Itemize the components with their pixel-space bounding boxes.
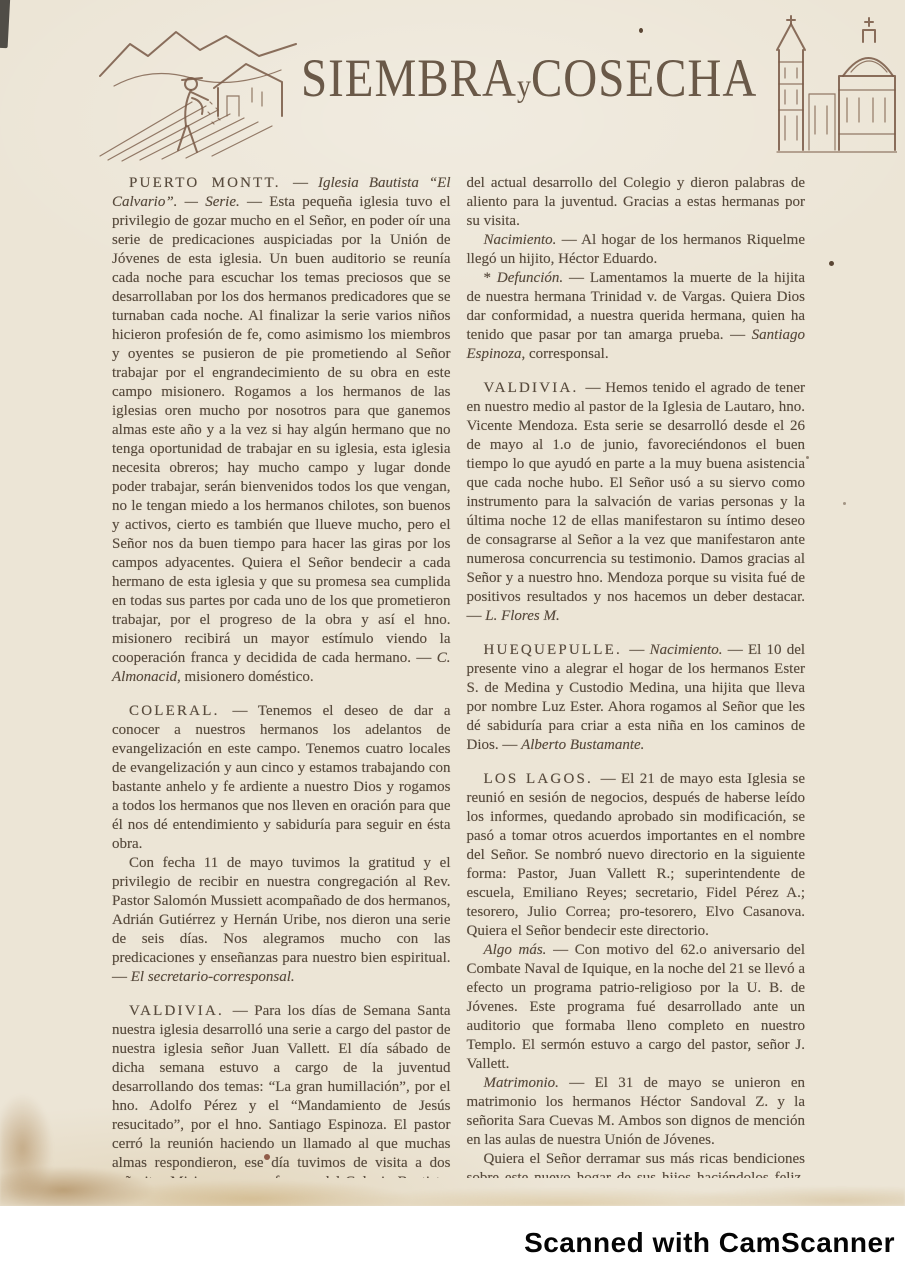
text-run: Con fecha 11 de mayo tuvimos la gratitud… [112, 855, 451, 985]
camscanner-credit: Scanned with CamScanner [524, 1227, 895, 1259]
text-run: , corresponsal. [522, 346, 609, 362]
paragraph: VALDIVIA. — Hemos tenido el agrado de te… [467, 379, 806, 626]
title-connector: y [517, 69, 531, 104]
text-run: — [293, 175, 318, 191]
text-run: Defunción. [497, 270, 569, 286]
text-run: Algo más. [484, 942, 554, 958]
paragraph: PUERTO MONTT. — Iglesia Bautista “El Cal… [112, 174, 451, 687]
text-run: LOS LAGOS. [484, 771, 601, 787]
paragraph: Con fecha 11 de mayo tuvimos la gratitud… [112, 854, 451, 987]
paragraph: COLERAL. — Tenemos el deseo de dar a con… [112, 702, 451, 854]
text-run: Alberto Bustamante. [521, 737, 644, 753]
church-illustration [757, 14, 897, 156]
right-column: del actual desarrollo del Colegio y dier… [467, 174, 806, 1178]
text-run: Matrimonio. [484, 1075, 570, 1091]
text-run: HUEQUEPULLE. [484, 642, 630, 658]
text-run: * [484, 270, 497, 286]
paragraph: LOS LAGOS. — El 21 de mayo esta Iglesia … [467, 770, 806, 941]
article-body: PUERTO MONTT. — Iglesia Bautista “El Cal… [0, 168, 905, 1178]
text-run: PUERTO MONTT. [129, 175, 293, 191]
paragraph: Nacimiento. — Al hogar de los hermanos R… [467, 231, 806, 269]
church-buildings-icon [757, 14, 897, 156]
text-run: — [629, 642, 649, 658]
paragraph: * Defunción. — Lamentamos la muerte de l… [467, 269, 806, 364]
paragraph: del actual desarrollo del Colegio y dier… [467, 174, 806, 231]
camscanner-strip: Scanned with CamScanner [0, 1206, 905, 1280]
text-run: VALDIVIA. [484, 380, 586, 396]
paragraph: Algo más. — Con motivo del 62.o aniversa… [467, 941, 806, 1074]
paragraph: VALDIVIA. — Para los días de Semana Sant… [112, 1002, 451, 1178]
text-run: Quiera el Señor derramar sus más ricas b… [467, 1151, 806, 1178]
text-run: — Para los días de Semana Santa nuestra … [112, 1003, 451, 1178]
page-title: SIEMBRAyCOSECHA [301, 48, 757, 110]
text-run: — El 21 de mayo esta Iglesia se reunió e… [467, 771, 806, 939]
text-run: VALDIVIA. [129, 1003, 233, 1019]
text-run: — Con motivo del 62.o aniversario del Co… [467, 942, 806, 1072]
text-run: COLERAL. [129, 703, 232, 719]
text-run: — Hemos tenido el agrado de tener en nue… [467, 380, 806, 624]
text-run: — Tenemos el deseo de dar a conocer a nu… [112, 703, 451, 852]
text-run: El secretario-corresponsal. [131, 969, 295, 985]
paragraph: HUEQUEPULLE. — Nacimiento. — El 10 del p… [467, 641, 806, 755]
paragraph: Matrimonio. — El 31 de mayo se unieron e… [467, 1074, 806, 1150]
title-siembra: SIEMBRA [301, 49, 517, 108]
text-run: , misionero doméstico. [177, 669, 314, 685]
text-run: del actual desarrollo del Colegio y dier… [467, 175, 806, 229]
farmer-sowing-illustration [96, 14, 301, 162]
title-cosecha: COSECHA [531, 49, 757, 108]
paragraph: Quiera el Señor derramar sus más ricas b… [467, 1150, 806, 1178]
left-column: PUERTO MONTT. — Iglesia Bautista “El Cal… [112, 174, 451, 1178]
text-run: — Esta pequeña iglesia tuvo el privilegi… [112, 194, 451, 666]
masthead: SIEMBRAyCOSECHA [0, 0, 905, 168]
text-run: Nacimiento. [650, 642, 728, 658]
farmer-sowing-icon [96, 14, 301, 162]
text-run: L. Flores M. [485, 608, 559, 624]
text-run: Nacimiento. [484, 232, 562, 248]
scanned-document-page: SIEMBRAyCOSECHA [0, 0, 905, 1280]
newsletter-paper: SIEMBRAyCOSECHA [0, 0, 905, 1206]
